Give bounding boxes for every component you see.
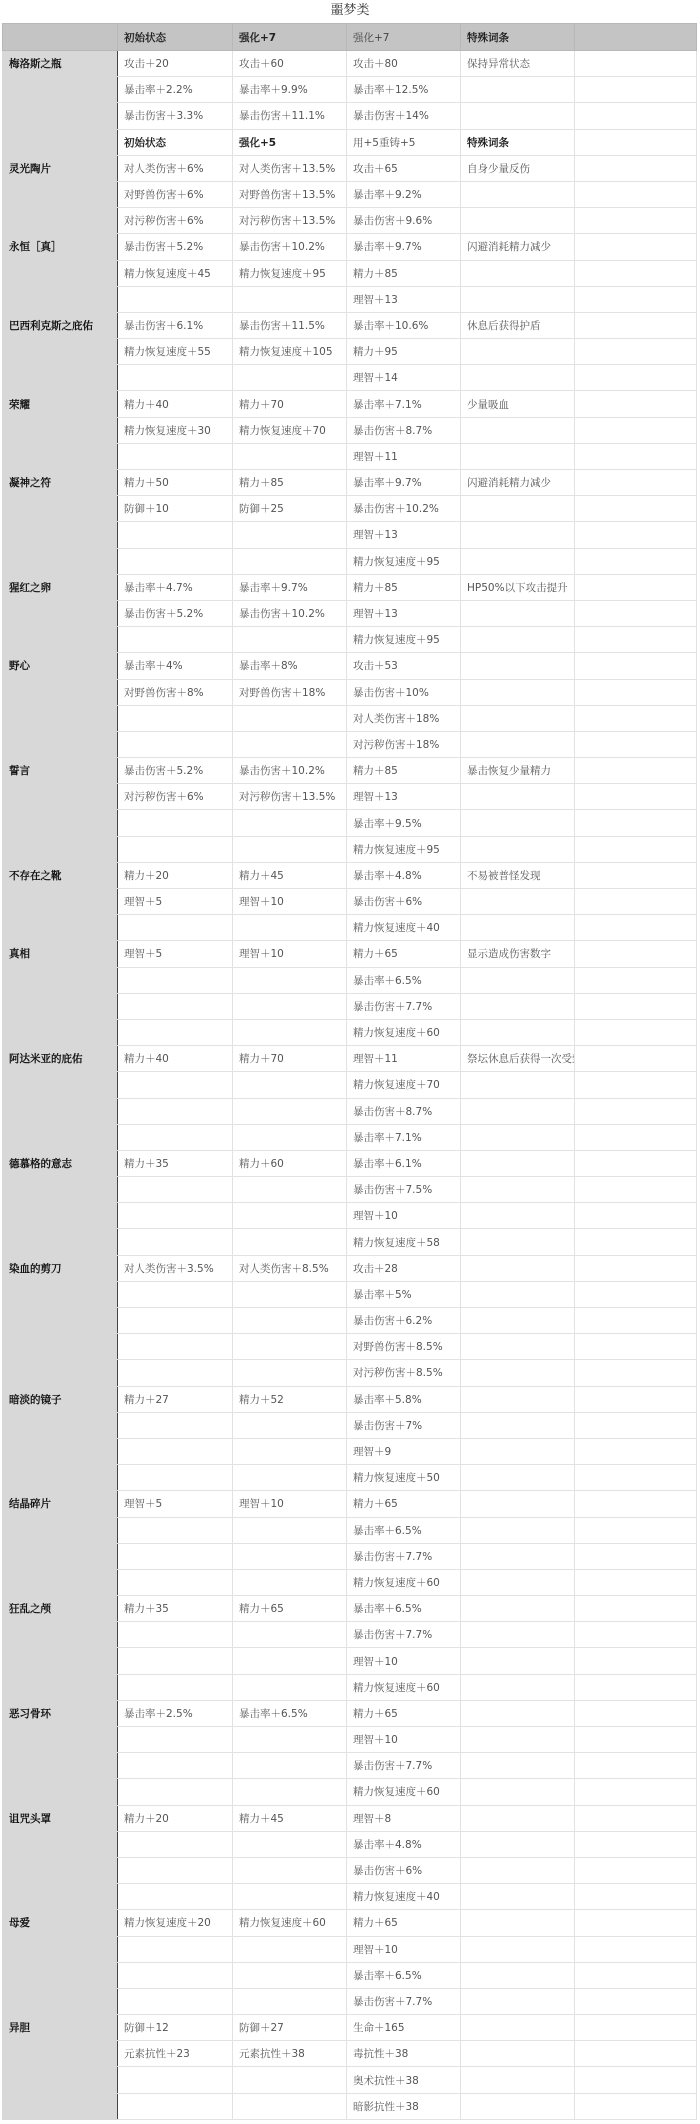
item-name-cell <box>3 1177 118 1203</box>
item-name-cell <box>3 1360 118 1386</box>
item-name-cell <box>3 1962 118 1988</box>
empty-cell <box>575 260 697 286</box>
table-row: 暴击伤害＋7.7% <box>3 1753 697 1779</box>
initial-stat-cell: 暴击率＋2.2% <box>118 77 233 103</box>
special-trait-cell <box>461 2067 575 2093</box>
enhanced-stat-cell <box>233 2093 347 2119</box>
item-name-cell <box>3 417 118 443</box>
empty-cell <box>575 155 697 181</box>
item-name-cell <box>3 627 118 653</box>
special-trait-cell <box>461 208 575 234</box>
special-trait-cell <box>461 496 575 522</box>
item-name-cell: 德慕格的意志 <box>3 1150 118 1176</box>
empty-cell <box>575 286 697 312</box>
table-row: 防御＋10防御＋25暴击伤害＋10.2% <box>3 496 697 522</box>
special-trait-cell <box>461 627 575 653</box>
item-name-cell: 巴西利克斯之庇佑 <box>3 312 118 338</box>
empty-cell <box>575 1229 697 1255</box>
empty-cell <box>575 1072 697 1098</box>
item-name-cell <box>3 365 118 391</box>
item-name-cell: 暗淡的镜子 <box>3 1386 118 1412</box>
initial-stat-cell <box>118 1229 233 1255</box>
table-row: 荣耀精力＋40精力＋70暴击率＋7.1%少量吸血 <box>3 391 697 417</box>
empty-cell <box>575 705 697 731</box>
special-trait-cell <box>461 1805 575 1831</box>
special-trait-cell <box>461 1962 575 1988</box>
item-name-cell <box>3 967 118 993</box>
item-name-cell <box>3 181 118 207</box>
empty-cell <box>575 1465 697 1491</box>
enhanced-stat-cell: 精力＋60 <box>233 1150 347 1176</box>
initial-stat-cell: 暴击率＋2.5% <box>118 1700 233 1726</box>
empty-cell <box>575 365 697 391</box>
table-row: 暴击伤害＋7.7% <box>3 993 697 1019</box>
empty-cell <box>575 1648 697 1674</box>
initial-stat-cell: 精力恢复速度＋20 <box>118 1910 233 1936</box>
item-name-cell <box>3 260 118 286</box>
reforged-stat-cell: 攻击＋80 <box>347 51 461 77</box>
reforged-stat-cell: 暴击率＋5.8% <box>347 1386 461 1412</box>
item-name-cell <box>3 705 118 731</box>
enhanced-stat-cell <box>233 1438 347 1464</box>
enhanced-stat-cell: 对人类伤害＋8.5% <box>233 1255 347 1281</box>
table-row: 精力恢复速度＋60 <box>3 1674 697 1700</box>
special-trait-cell <box>461 181 575 207</box>
enhanced-stat-cell: 对人类伤害＋13.5% <box>233 155 347 181</box>
empty-cell <box>575 1910 697 1936</box>
item-name-cell <box>3 1098 118 1124</box>
reforged-stat-cell: 精力恢复速度＋60 <box>347 1674 461 1700</box>
table-row: 暴击率＋2.2%暴击率＋9.9%暴击率＋12.5% <box>3 77 697 103</box>
item-name-cell <box>3 1988 118 2014</box>
enhanced-stat-cell: 精力恢复速度＋70 <box>233 417 347 443</box>
item-name-cell <box>3 1543 118 1569</box>
enhanced-stat-cell: 精力恢复速度＋95 <box>233 260 347 286</box>
table-row: 精力恢复速度＋55精力恢复速度＋105精力＋95 <box>3 339 697 365</box>
empty-cell <box>575 103 697 129</box>
special-trait-cell <box>461 1779 575 1805</box>
initial-stat-cell <box>118 1857 233 1883</box>
reforged-stat-cell: 理智＋13 <box>347 286 461 312</box>
item-name-cell <box>3 1412 118 1438</box>
item-name-cell <box>3 1884 118 1910</box>
empty-cell <box>575 574 697 600</box>
reforged-stat-cell: 毒抗性＋38 <box>347 2041 461 2067</box>
empty-cell <box>575 1988 697 2014</box>
empty-cell <box>575 1334 697 1360</box>
reforged-stat-cell: 暴击伤害＋9.6% <box>347 208 461 234</box>
item-name-cell <box>3 1779 118 1805</box>
reforged-stat-cell: 理智＋11 <box>347 1046 461 1072</box>
empty-cell <box>575 1569 697 1595</box>
reforged-stat-cell: 暴击率＋6.5% <box>347 1962 461 1988</box>
enhanced-stat-cell: 精力＋85 <box>233 470 347 496</box>
item-name-cell: 梅洛斯之瓶 <box>3 51 118 77</box>
special-trait-cell <box>461 1753 575 1779</box>
initial-stat-cell: 精力＋50 <box>118 470 233 496</box>
item-name-cell <box>3 836 118 862</box>
table-row: 理智＋9 <box>3 1438 697 1464</box>
table-row: 恶习骨环暴击率＋2.5%暴击率＋6.5%精力＋65 <box>3 1700 697 1726</box>
reforged-stat-cell: 生命＋165 <box>347 2015 461 2041</box>
enhanced-stat-cell: 防御＋25 <box>233 496 347 522</box>
enhanced-stat-cell: 精力＋45 <box>233 862 347 888</box>
table-row: 暴击率＋6.5% <box>3 1517 697 1543</box>
empty-cell <box>575 1674 697 1700</box>
special-trait-cell <box>461 1596 575 1622</box>
table-row: 诅咒头罩精力＋20精力＋45理智＋8 <box>3 1805 697 1831</box>
special-trait-cell <box>461 1438 575 1464</box>
enhanced-stat-cell <box>233 1281 347 1307</box>
item-name-cell: 誓言 <box>3 758 118 784</box>
special-trait-cell: 暴击恢复少量精力 <box>461 758 575 784</box>
table-row: 精力恢复速度＋50 <box>3 1465 697 1491</box>
special-trait-cell <box>461 1334 575 1360</box>
special-trait-cell <box>461 1412 575 1438</box>
table-row: 精力恢复速度＋95 <box>3 548 697 574</box>
empty-cell <box>575 1177 697 1203</box>
initial-stat-cell <box>118 915 233 941</box>
reforged-stat-cell: 暴击伤害＋7.7% <box>347 1543 461 1569</box>
item-name-cell <box>3 679 118 705</box>
item-name-cell <box>3 600 118 626</box>
empty-cell <box>575 1098 697 1124</box>
table-row: 永恒［真］暴击伤害＋5.2%暴击伤害＋10.2%暴击率＋9.7%闪避消耗精力减少 <box>3 234 697 260</box>
initial-stat-cell: 理智＋5 <box>118 1491 233 1517</box>
table-row: 对污秽伤害＋18% <box>3 731 697 757</box>
reforged-stat-cell: 对污秽伤害＋18% <box>347 731 461 757</box>
special-trait-cell <box>461 993 575 1019</box>
special-trait-cell <box>461 810 575 836</box>
table-row: 精力恢复速度＋95 <box>3 836 697 862</box>
empty-cell <box>575 1438 697 1464</box>
reforged-stat-cell: 精力恢复速度＋95 <box>347 627 461 653</box>
item-name-cell: 阿达米亚的庇佑 <box>3 1046 118 1072</box>
table-row: 暴击率＋5% <box>3 1281 697 1307</box>
enhanced-stat-cell: 攻击＋60 <box>233 51 347 77</box>
empty-cell <box>575 889 697 915</box>
table-row: 精力恢复速度＋60 <box>3 1779 697 1805</box>
item-name-cell: 野心 <box>3 653 118 679</box>
initial-stat-cell: 精力＋20 <box>118 1805 233 1831</box>
enhanced-stat-cell <box>233 1936 347 1962</box>
reforged-stat-cell: 暴击率＋4.8% <box>347 1831 461 1857</box>
empty-cell <box>575 1936 697 1962</box>
page-title: 噩梦类 <box>0 0 700 22</box>
empty-cell <box>575 1019 697 1045</box>
table-row: 理智＋10 <box>3 1727 697 1753</box>
table-row: 暴击伤害＋3.3%暴击伤害＋11.1%暴击伤害＋14% <box>3 103 697 129</box>
item-name-cell <box>3 810 118 836</box>
empty-cell <box>575 312 697 338</box>
item-name-cell <box>3 1753 118 1779</box>
item-name-cell: 异胆 <box>3 2015 118 2041</box>
reforged-stat-cell: 精力恢复速度＋40 <box>347 1884 461 1910</box>
special-trait-cell <box>461 653 575 679</box>
initial-stat-cell <box>118 1098 233 1124</box>
table-row: 暴击率＋4.8% <box>3 1831 697 1857</box>
table-row: 精力恢复速度＋60 <box>3 1019 697 1045</box>
item-name-cell: 结晶碎片 <box>3 1491 118 1517</box>
special-trait-cell: 自身少量反伤 <box>461 155 575 181</box>
table-row: 暴击率＋7.1% <box>3 1124 697 1150</box>
empty-cell <box>575 234 697 260</box>
enhanced-stat-cell: 精力恢复速度＋105 <box>233 339 347 365</box>
initial-stat-cell <box>118 365 233 391</box>
special-trait-cell <box>461 1648 575 1674</box>
empty-cell <box>575 1857 697 1883</box>
item-name-cell <box>3 1857 118 1883</box>
empty-cell <box>575 758 697 784</box>
special-trait-cell: 不易被普怪发现 <box>461 862 575 888</box>
item-name-cell <box>3 1622 118 1648</box>
special-trait-cell <box>461 2015 575 2041</box>
reforged-stat-cell: 精力恢复速度＋40 <box>347 915 461 941</box>
item-name-cell <box>3 784 118 810</box>
enhanced-stat-cell: 暴击伤害＋10.2% <box>233 234 347 260</box>
item-name-cell <box>3 443 118 469</box>
table-row: 阿达米亚的庇佑精力＋40精力＋70理智＋11祭坛休息后获得一次受致命伤的免死能力 <box>3 1046 697 1072</box>
table-row: 对人类伤害＋18% <box>3 705 697 731</box>
reforged-stat-cell: 理智＋9 <box>347 1438 461 1464</box>
initial-stat-cell: 对污秽伤害＋6% <box>118 784 233 810</box>
enhanced-stat-cell <box>233 1308 347 1334</box>
enhanced-stat-cell <box>233 1334 347 1360</box>
special-trait-cell <box>461 1386 575 1412</box>
enhanced-stat-cell: 对野兽伤害＋13.5% <box>233 181 347 207</box>
reforged-stat-cell: 精力恢复速度＋60 <box>347 1019 461 1045</box>
initial-stat-cell <box>118 1412 233 1438</box>
table-row: 暗淡的镜子精力＋27精力＋52暴击率＋5.8% <box>3 1386 697 1412</box>
empty-cell <box>575 417 697 443</box>
initial-stat-cell: 暴击伤害＋5.2% <box>118 758 233 784</box>
table-row: 理智＋5理智＋10暴击伤害＋6% <box>3 889 697 915</box>
enhanced-stat-cell <box>233 731 347 757</box>
table-row: 暴击伤害＋6% <box>3 1857 697 1883</box>
reforged-stat-cell: 暴击伤害＋7.7% <box>347 1622 461 1648</box>
empty-cell <box>575 1753 697 1779</box>
subheader-cell: 用+5重铸+5 <box>347 129 461 155</box>
table-row: 对污秽伤害＋6%对污秽伤害＋13.5%暴击伤害＋9.6% <box>3 208 697 234</box>
table-row: 精力恢复速度＋70 <box>3 1072 697 1098</box>
enhanced-stat-cell: 暴击伤害＋11.1% <box>233 103 347 129</box>
initial-stat-cell <box>118 1308 233 1334</box>
enhanced-stat-cell <box>233 810 347 836</box>
special-trait-cell <box>461 2041 575 2067</box>
initial-stat-cell <box>118 1281 233 1307</box>
special-trait-cell: HP50%以下攻击提升 <box>461 574 575 600</box>
table-row: 对野兽伤害＋6%对野兽伤害＋13.5%暴击率＋9.2% <box>3 181 697 207</box>
empty-cell <box>575 1700 697 1726</box>
special-trait-cell <box>461 1857 575 1883</box>
empty-cell <box>575 1779 697 1805</box>
empty-cell <box>575 862 697 888</box>
enhanced-stat-cell <box>233 1857 347 1883</box>
item-name-cell: 猩红之卵 <box>3 574 118 600</box>
initial-stat-cell <box>118 1019 233 1045</box>
enhanced-stat-cell <box>233 836 347 862</box>
empty-cell <box>575 77 697 103</box>
special-trait-cell: 闪避消耗精力减少 <box>461 234 575 260</box>
reforged-stat-cell: 精力恢复速度＋58 <box>347 1229 461 1255</box>
special-trait-cell <box>461 443 575 469</box>
empty-cell <box>575 1543 697 1569</box>
initial-stat-cell <box>118 1569 233 1595</box>
enhanced-stat-cell: 元素抗性＋38 <box>233 2041 347 2067</box>
reforged-stat-cell: 暴击率＋7.1% <box>347 1124 461 1150</box>
special-trait-cell <box>461 1517 575 1543</box>
initial-stat-cell <box>118 1622 233 1648</box>
table-row: 誓言暴击伤害＋5.2%暴击伤害＋10.2%精力＋85暴击恢复少量精力 <box>3 758 697 784</box>
initial-stat-cell: 精力恢复速度＋55 <box>118 339 233 365</box>
empty-cell <box>575 679 697 705</box>
empty-cell <box>575 1596 697 1622</box>
item-name-cell <box>3 1438 118 1464</box>
initial-stat-cell: 对野兽伤害＋8% <box>118 679 233 705</box>
reforged-stat-cell: 精力恢复速度＋60 <box>347 1779 461 1805</box>
special-trait-cell <box>461 339 575 365</box>
initial-stat-cell: 暴击伤害＋6.1% <box>118 312 233 338</box>
initial-stat-cell <box>118 1072 233 1098</box>
enhanced-stat-cell: 对污秽伤害＋13.5% <box>233 208 347 234</box>
item-name-cell: 恶习骨环 <box>3 1700 118 1726</box>
special-trait-cell <box>461 731 575 757</box>
enhanced-stat-cell: 暴击伤害＋11.5% <box>233 312 347 338</box>
special-trait-cell <box>461 1936 575 1962</box>
empty-cell <box>575 915 697 941</box>
enhanced-stat-cell: 精力＋65 <box>233 1596 347 1622</box>
special-trait-cell <box>461 1700 575 1726</box>
reforged-stat-cell: 暴击率＋5% <box>347 1281 461 1307</box>
enhanced-stat-cell <box>233 548 347 574</box>
table-row: 理智＋13 <box>3 286 697 312</box>
initial-stat-cell <box>118 1517 233 1543</box>
reforged-stat-cell: 暴击率＋6.5% <box>347 1596 461 1622</box>
initial-stat-cell: 精力＋40 <box>118 391 233 417</box>
reforged-stat-cell: 暴击率＋9.2% <box>347 181 461 207</box>
initial-stat-cell <box>118 1465 233 1491</box>
reforged-stat-cell: 精力恢复速度＋95 <box>347 836 461 862</box>
enhanced-stat-cell: 暴击率＋8% <box>233 653 347 679</box>
reforged-stat-cell: 暴击伤害＋7% <box>347 1412 461 1438</box>
empty-cell <box>575 1386 697 1412</box>
enhanced-stat-cell <box>233 1727 347 1753</box>
table-row: 暴击率＋6.5% <box>3 967 697 993</box>
table-row: 理智＋10 <box>3 1203 697 1229</box>
enhanced-stat-cell <box>233 1203 347 1229</box>
reforged-stat-cell: 暴击率＋9.5% <box>347 810 461 836</box>
item-name-cell <box>3 1229 118 1255</box>
initial-stat-cell <box>118 1334 233 1360</box>
reforged-stat-cell: 暴击伤害＋6% <box>347 889 461 915</box>
reforged-stat-cell: 暴击率＋6.1% <box>347 1150 461 1176</box>
reforged-stat-cell: 暗影抗性＋38 <box>347 2093 461 2119</box>
table-row: 精力恢复速度＋30精力恢复速度＋70暴击伤害＋8.7% <box>3 417 697 443</box>
empty-cell <box>575 967 697 993</box>
initial-stat-cell: 精力恢复速度＋30 <box>118 417 233 443</box>
item-name-cell <box>3 1334 118 1360</box>
table-header-row: 初始状态 强化+7 强化+7 特殊词条 <box>3 24 697 51</box>
table-row: 理智＋11 <box>3 443 697 469</box>
table-row: 暴击率＋9.5% <box>3 810 697 836</box>
item-name-cell: 染血的剪刀 <box>3 1255 118 1281</box>
item-name-cell <box>3 522 118 548</box>
initial-stat-cell <box>118 1753 233 1779</box>
special-trait-cell <box>461 522 575 548</box>
empty-cell <box>575 391 697 417</box>
item-name-cell <box>3 129 118 155</box>
enhanced-stat-cell <box>233 915 347 941</box>
initial-stat-cell <box>118 1884 233 1910</box>
table-row: 暴击伤害＋7.7% <box>3 1622 697 1648</box>
table-row: 暴击伤害＋5.2%暴击伤害＋10.2%理智＋13 <box>3 600 697 626</box>
initial-stat-cell: 精力恢复速度＋45 <box>118 260 233 286</box>
initial-stat-cell: 防御＋10 <box>118 496 233 522</box>
item-name-cell <box>3 1281 118 1307</box>
enhanced-stat-cell: 暴击率＋9.7% <box>233 574 347 600</box>
table-row: 理智＋10 <box>3 1648 697 1674</box>
enhanced-stat-cell: 暴击伤害＋10.2% <box>233 758 347 784</box>
initial-stat-cell: 精力＋35 <box>118 1150 233 1176</box>
initial-stat-cell <box>118 2067 233 2093</box>
reforged-stat-cell: 精力恢复速度＋60 <box>347 1569 461 1595</box>
item-name-cell <box>3 77 118 103</box>
table-row: 结晶碎片理智＋5理智＋10精力＋65 <box>3 1491 697 1517</box>
reforged-stat-cell: 理智＋10 <box>347 1936 461 1962</box>
table-row: 元素抗性＋23元素抗性＋38毒抗性＋38 <box>3 2041 697 2067</box>
reforged-stat-cell: 理智＋13 <box>347 600 461 626</box>
header-cell-enhance-alt: 强化+7 <box>347 24 461 51</box>
initial-stat-cell: 精力＋20 <box>118 862 233 888</box>
initial-stat-cell <box>118 1543 233 1569</box>
initial-stat-cell <box>118 1360 233 1386</box>
table-row: 精力恢复速度＋40 <box>3 915 697 941</box>
empty-cell <box>575 1805 697 1831</box>
special-trait-cell <box>461 1465 575 1491</box>
initial-stat-cell: 暴击率＋4% <box>118 653 233 679</box>
reforged-stat-cell: 精力＋65 <box>347 941 461 967</box>
reforged-stat-cell: 攻击＋28 <box>347 1255 461 1281</box>
enhanced-stat-cell: 暴击率＋6.5% <box>233 1700 347 1726</box>
initial-stat-cell: 暴击率＋4.7% <box>118 574 233 600</box>
empty-cell <box>575 1360 697 1386</box>
enhanced-stat-cell <box>233 1098 347 1124</box>
initial-stat-cell: 暴击伤害＋5.2% <box>118 234 233 260</box>
empty-cell <box>575 600 697 626</box>
enhanced-stat-cell: 理智＋10 <box>233 941 347 967</box>
empty-cell <box>575 443 697 469</box>
item-name-cell <box>3 2093 118 2119</box>
special-trait-cell <box>461 1124 575 1150</box>
reforged-stat-cell: 攻击＋53 <box>347 653 461 679</box>
reforged-stat-cell: 暴击率＋10.6% <box>347 312 461 338</box>
reforged-stat-cell: 理智＋13 <box>347 522 461 548</box>
special-trait-cell: 休息后获得护盾 <box>461 312 575 338</box>
enhanced-stat-cell: 精力恢复速度＋60 <box>233 1910 347 1936</box>
reforged-stat-cell: 对污秽伤害＋8.5% <box>347 1360 461 1386</box>
empty-cell <box>575 1150 697 1176</box>
enhanced-stat-cell <box>233 1753 347 1779</box>
header-cell-enhance: 强化+7 <box>233 24 347 51</box>
enhanced-stat-cell <box>233 627 347 653</box>
initial-stat-cell <box>118 1936 233 1962</box>
item-name-cell <box>3 1648 118 1674</box>
special-trait-cell <box>461 417 575 443</box>
special-trait-cell: 显示造成伤害数字 <box>461 941 575 967</box>
special-trait-cell <box>461 1491 575 1517</box>
empty-cell <box>575 2093 697 2119</box>
enhanced-stat-cell <box>233 1019 347 1045</box>
